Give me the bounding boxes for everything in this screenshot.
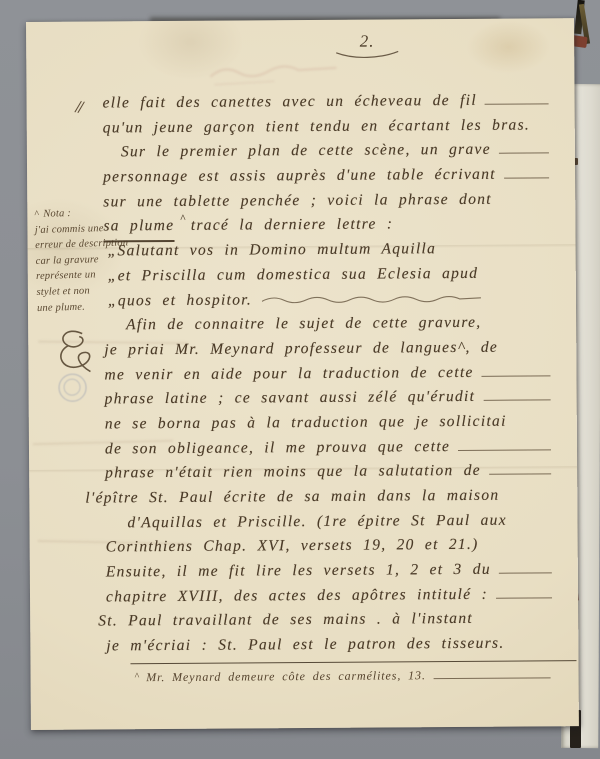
page-number-text: 2. [360,32,375,51]
manuscript-line: personnage est assis auprès d'une table … [103,162,551,190]
manuscript-line: de son obligeance, il me prouva que cett… [105,434,553,462]
insertion-mark-icon: // [73,94,84,119]
manuscript-line: me venir en aide pour la traduction de c… [104,360,552,388]
manuscript-line: Ensuite, il me fit lire les versets 1, 2… [106,557,554,585]
line-filler-dash [499,572,552,573]
manuscript-line: je m'écriai : St. Paul est le patron des… [106,631,554,659]
line-filler-dash [482,375,551,376]
caret-mark: ^ [34,209,39,220]
page-number: 2. [322,31,412,60]
page-number-underline [334,49,400,59]
line-filler-dash [496,597,552,598]
manuscript-body: // elle fait des canettes avec un écheve… [102,88,554,659]
caret-mark: ^ [135,669,141,685]
manuscript-line: l'épître St. Paul écrite de sa main dans… [105,483,553,511]
line-filler-dash [434,677,551,679]
footnote-rule [130,660,576,664]
line-filler-dash [483,400,550,401]
ghost-ink [204,58,344,89]
manuscript-line: St. Paul travaillant de ses mains . à l'… [106,607,554,635]
manuscript-page: 2. ^Nota : j'ai commis une erreur de des… [26,18,579,730]
caret-mark: ^ [180,207,187,232]
footnote-text: Mr. Meynard demeure côte des carmélites,… [146,667,426,685]
footnote: ^ Mr. Meynard demeure côte des carmélite… [135,666,553,687]
wavy-flourish-icon [262,294,482,306]
manuscript-line-latin: „et Priscilla cum domestica sua Eclesia … [104,261,552,289]
manuscript-line: // elle fait des canettes avec un écheve… [102,88,550,116]
manuscript-line: sur une tablette penchée ; voici la phra… [103,187,551,215]
manuscript-line: d'Aquillas et Priscille. (1re épitre St … [105,508,553,536]
line-filler-dash [458,449,551,451]
line-filler-dash [485,103,549,104]
manuscript-line: phrase latine ; ce savant aussi zélé qu'… [105,385,553,413]
line-filler-dash [504,177,549,178]
library-stamp-icon [58,374,86,402]
manuscript-line: Afin de connaitre le sujet de cette grav… [104,311,552,339]
line-filler-dash [489,474,551,475]
manuscript-line-latin: „quos et hospitor. [104,286,552,314]
line-filler-dash [499,153,549,154]
manuscript-line: Sur le premier plan de cette scène, un g… [103,138,551,166]
manuscript-line: qu'un jeune garçon tient tendu en écarta… [103,113,551,141]
manuscript-line: phrase n'était rien moins que la salutat… [105,459,553,487]
manuscript-line: Corinthiens Chap. XVI, versets 19, 20 et… [106,533,554,561]
scanned-manuscript: 2. ^Nota : j'ai commis une erreur de des… [0,0,600,759]
manuscript-line: chapitre XVIII, des actes des apôtres in… [106,582,554,610]
manuscript-line: ne se borna pas à la traduction que je s… [105,409,553,437]
manuscript-line-latin: „Salutant vos in Domino multum Aquilla [104,236,552,264]
manuscript-line: je priai Mr. Meynard professeur de langu… [104,335,552,363]
manuscript-line-corrected: sa plume^tracé la derniere lettre : [103,212,551,240]
